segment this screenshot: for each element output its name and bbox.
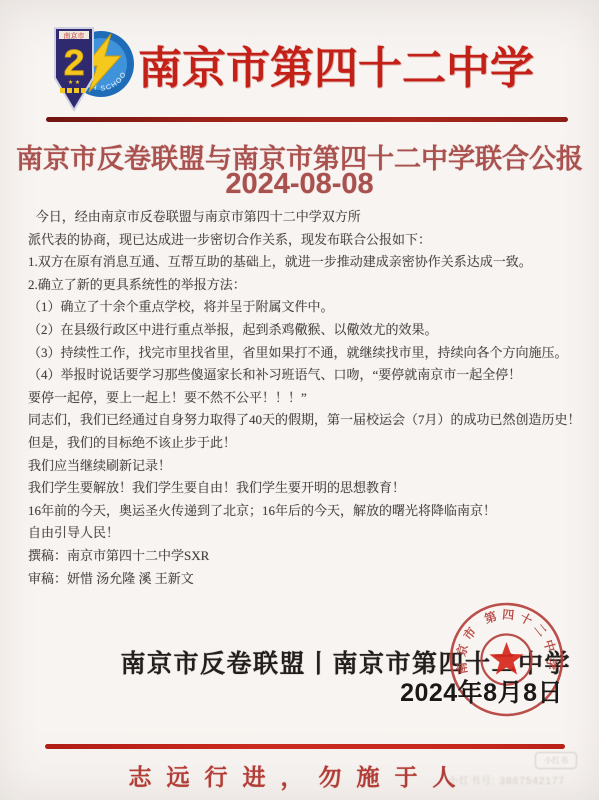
header-divider	[46, 117, 568, 122]
communique-body: 今日，经由南京市反卷联盟与南京市第四十二中学双方所派代表的协商，现已达成进一步密…	[28, 206, 588, 590]
communique-document: HIGH SCHOOL 南京市 2 ★ ★ 南京市第四十二中学 南京市反卷联盟与…	[0, 0, 599, 800]
body-line: 16年前的今天，奥运圣火传递到了北京；16年后的今天，解放的曙光将降临南京！	[28, 500, 588, 523]
logo-shield-label: 南京市	[64, 31, 85, 40]
body-line: 撰稿：南京市第四十二中学SXR	[28, 545, 588, 568]
body-line: 自由引导人民！	[28, 522, 588, 545]
seal-star-icon	[489, 642, 523, 675]
body-line: （3）持续性工作，找完市里找省里，省里如果打不通，就继续找市里，持续向各个方向施…	[28, 342, 588, 365]
body-line: 派代表的协商，现已达成进一步密切合作关系，现发布联合公报如下：	[28, 229, 588, 252]
body-line: （1）确立了十余个重点学校，将并呈于附属文件中。	[28, 296, 588, 319]
page-title: 南京市第四十二中学	[138, 32, 570, 96]
body-line: 今日，经由南京市反卷联盟与南京市第四十二中学双方所	[28, 206, 588, 229]
body-line: 1.双方在原有消息互通、互帮互助的基础上，就进一步推动建成亲密协作关系达成一致。	[28, 251, 588, 274]
xiaohongshu-watermark-id: 小红书号: 3867542177	[448, 772, 598, 787]
xiaohongshu-watermark-badge: 小红书	[535, 752, 577, 769]
logo-stars: ★ ★	[68, 79, 80, 86]
signature-date: 2024年8月8日	[400, 673, 563, 709]
body-line: 我们应当继续刷新记录！	[28, 455, 588, 478]
communique-date: 2024-08-08	[0, 168, 599, 201]
school-emblem-logo: HIGH SCHOOL 南京市 2 ★ ★	[45, 20, 135, 116]
footer-divider	[45, 744, 565, 749]
body-line: （2）在县级行政区中进行重点举报，起到杀鸡儆猴、以儆效尤的效果。	[28, 319, 588, 342]
body-line: 2.确立了新的更具系统性的举报方法：	[28, 274, 588, 297]
body-line: 同志们，我们已经通过自身努力取得了40天的假期，第一届校运会（7月）的成功已然创…	[28, 409, 588, 432]
body-line: 但是，我们的目标绝不该止步于此！	[28, 432, 588, 455]
body-line: 我们学生要解放！我们学生要自由！我们学生要开明的思想教育！	[28, 477, 588, 500]
body-line: 审稿：妍惜 汤允隆 溪 王新文	[28, 568, 588, 591]
body-line: 要停一起停，要上一起上！要不然不公平！！！”	[28, 387, 588, 410]
body-line: （4）举报时说话要学习那些傻逼家长和补习班语气、口吻，“要停就南京市一起全停！	[28, 364, 588, 387]
